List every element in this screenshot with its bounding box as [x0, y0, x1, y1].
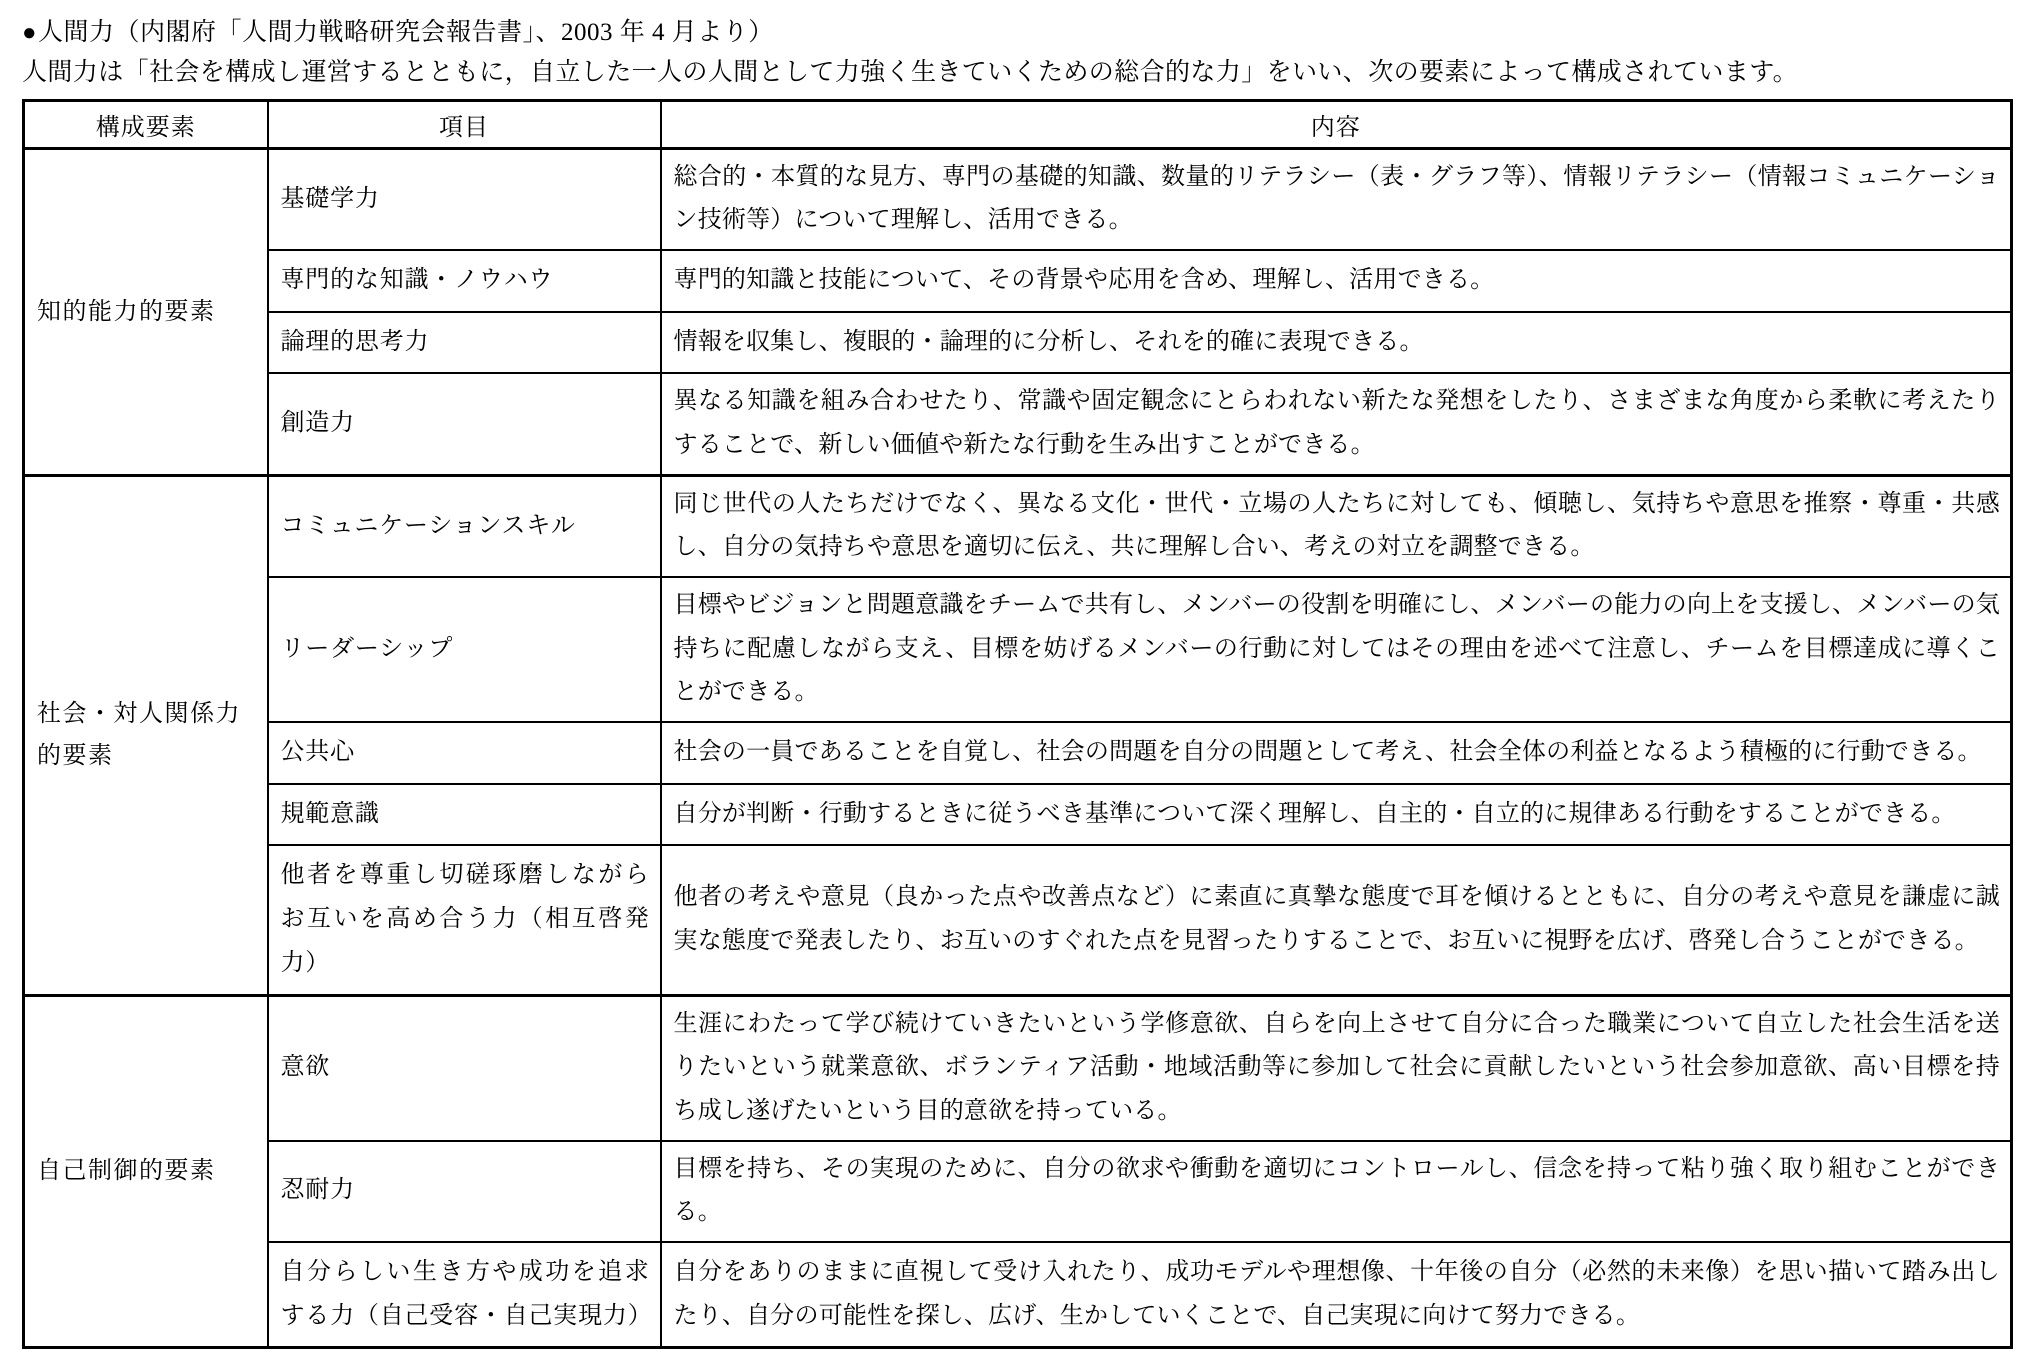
- content-cell: 他者の考えや意見（良かった点や改善点など）に素直に真摯な態度で耳を傾けるとともに…: [661, 845, 2012, 995]
- table-row: 自己制御的要素 意欲 生涯にわたって学び続けていきたいという学修意欲、自らを向上…: [24, 995, 2012, 1141]
- content-cell: 目標を持ち、その実現のために、自分の欲求や衝動を適切にコントロールし、信念を持っ…: [661, 1141, 2012, 1242]
- content-cell: 社会の一員であることを自覚し、社会の問題を自分の問題として考え、社会全体の利益と…: [661, 722, 2012, 784]
- table-header-row: 構成要素 項目 内容: [24, 100, 2012, 148]
- document-title-text: 人間力（内閣府「人間力戦略研究会報告書」、2003 年 4 月より）: [38, 19, 774, 46]
- table-row: 論理的思考力 情報を収集し、複眼的・論理的に分析し、それを的確に表現できる。: [24, 312, 2012, 374]
- table-row: 自分らしい生き方や成功を追求する力（自己受容・自己実現力） 自分をありのままに直…: [24, 1242, 2012, 1348]
- element-cell: 自己制御的要素: [24, 995, 268, 1348]
- content-cell: 生涯にわたって学び続けていきたいという学修意欲、自らを向上させて自分に合った職業…: [661, 995, 2012, 1141]
- item-cell: 創造力: [268, 373, 661, 475]
- content-cell: 目標やビジョンと問題意識をチームで共有し、メンバーの役割を明確にし、メンバーの能…: [661, 577, 2012, 722]
- header-item: 項目: [268, 100, 661, 148]
- document-title: ●人間力（内閣府「人間力戦略研究会報告書」、2003 年 4 月より）: [22, 14, 2012, 52]
- item-cell: 忍耐力: [268, 1141, 661, 1242]
- item-cell: コミュニケーションスキル: [268, 475, 661, 577]
- content-cell: 自分をありのままに直視して受け入れたり、成功モデルや理想像、十年後の自分（必然的…: [661, 1242, 2012, 1348]
- table-row: 公共心 社会の一員であることを自覚し、社会の問題を自分の問題として考え、社会全体…: [24, 722, 2012, 784]
- table-row: 他者を尊重し切磋琢磨しながらお互いを高め合う力（相互啓発力） 他者の考えや意見（…: [24, 845, 2012, 995]
- table-row: 社会・対人関係力的要素 コミュニケーションスキル 同じ世代の人たちだけでなく、異…: [24, 475, 2012, 577]
- content-cell: 同じ世代の人たちだけでなく、異なる文化・世代・立場の人たちに対しても、傾聴し、気…: [661, 475, 2012, 577]
- item-cell: 基礎学力: [268, 148, 661, 250]
- table-row: 専門的な知識・ノウハウ 専門的知識と技能について、その背景や応用を含め、理解し、…: [24, 250, 2012, 312]
- document-page: ●人間力（内閣府「人間力戦略研究会報告書」、2003 年 4 月より） 人間力は…: [0, 0, 2032, 1359]
- table-row: リーダーシップ 目標やビジョンと問題意識をチームで共有し、メンバーの役割を明確に…: [24, 577, 2012, 722]
- bullet-icon: ●: [22, 20, 37, 46]
- content-cell: 自分が判断・行動するときに従うべき基準について深く理解し、自主的・自立的に規律あ…: [661, 784, 2012, 846]
- item-cell: 公共心: [268, 722, 661, 784]
- table-row: 忍耐力 目標を持ち、その実現のために、自分の欲求や衝動を適切にコントロールし、信…: [24, 1141, 2012, 1242]
- item-cell: 専門的な知識・ノウハウ: [268, 250, 661, 312]
- content-cell: 専門的知識と技能について、その背景や応用を含め、理解し、活用できる。: [661, 250, 2012, 312]
- table-row: 規範意識 自分が判断・行動するときに従うべき基準について深く理解し、自主的・自立…: [24, 784, 2012, 846]
- element-cell: 知的能力的要素: [24, 148, 268, 475]
- item-cell: 規範意識: [268, 784, 661, 846]
- element-cell: 社会・対人関係力的要素: [24, 475, 268, 995]
- item-cell: 他者を尊重し切磋琢磨しながらお互いを高め合う力（相互啓発力）: [268, 845, 661, 995]
- human-power-table: 構成要素 項目 内容 知的能力的要素 基礎学力 総合的・本質的な見方、専門の基礎…: [22, 99, 2013, 1349]
- item-cell: 自分らしい生き方や成功を追求する力（自己受容・自己実現力）: [268, 1242, 661, 1348]
- table-row: 知的能力的要素 基礎学力 総合的・本質的な見方、専門の基礎的知識、数量的リテラシ…: [24, 148, 2012, 250]
- content-cell: 総合的・本質的な見方、専門の基礎的知識、数量的リテラシー（表・グラフ等）、情報リ…: [661, 148, 2012, 250]
- content-cell: 異なる知識を組み合わせたり、常識や固定観念にとらわれない新たな発想をしたり、さま…: [661, 373, 2012, 475]
- item-cell: 意欲: [268, 995, 661, 1141]
- document-intro: 人間力は「社会を構成し運営するとともに，自立した一人の人間として力強く生きていく…: [22, 55, 2012, 91]
- header-content: 内容: [661, 100, 2012, 148]
- table-row: 創造力 異なる知識を組み合わせたり、常識や固定観念にとらわれない新たな発想をした…: [24, 373, 2012, 475]
- content-cell: 情報を収集し、複眼的・論理的に分析し、それを的確に表現できる。: [661, 312, 2012, 374]
- item-cell: リーダーシップ: [268, 577, 661, 722]
- header-element: 構成要素: [24, 100, 268, 148]
- item-cell: 論理的思考力: [268, 312, 661, 374]
